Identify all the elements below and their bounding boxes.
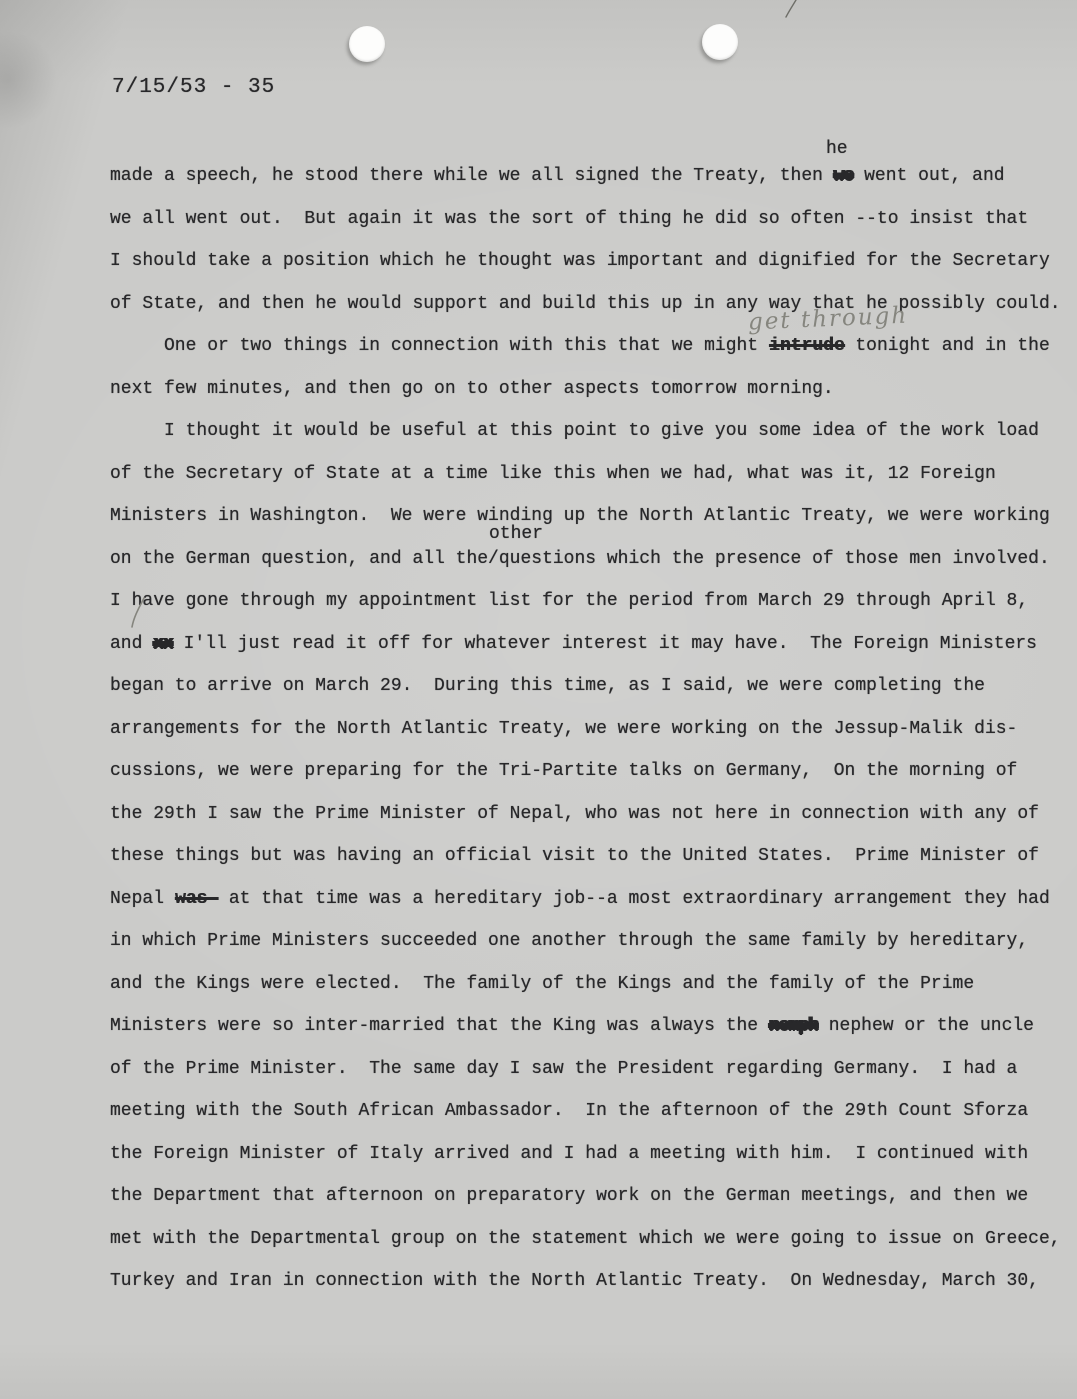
text-line: in which Prime Ministers succeeded one a… (110, 920, 1070, 963)
text-line: One or two things in connection with thi… (110, 325, 1070, 368)
struck-out-text: was- (175, 889, 218, 909)
text-segment: Ministers were so inter-married that the… (110, 1016, 769, 1036)
text-line: and the Kings were elected. The family o… (110, 963, 1070, 1006)
text-line: met with the Departmental group on the s… (110, 1218, 1070, 1261)
hole-punch-left (349, 26, 385, 62)
text-segment: at that time was a hereditary job--a mos… (218, 889, 1050, 909)
pencil-top-mark (780, 0, 802, 18)
text-segment: of State, and then he would support and … (110, 294, 1061, 314)
typed-insertion-he: he (826, 139, 848, 159)
text-segment: nephew or the uncle (818, 1016, 1034, 1036)
text-segment: Ministers in Washington. We were winding… (110, 506, 1050, 526)
text-segment: I have gone through my appointment list … (110, 591, 1028, 611)
text-line: I should take a position which he though… (110, 240, 1070, 283)
text-line: next few minutes, and then go on to othe… (110, 368, 1070, 411)
text-line: the Foreign Minister of Italy arrived an… (110, 1133, 1070, 1176)
text-line: meeting with the South African Ambassado… (110, 1090, 1070, 1133)
text-segment: Nepal (110, 889, 175, 909)
hole-punch-right (702, 24, 738, 60)
text-segment: I thought it would be useful at this poi… (110, 421, 1039, 441)
text-line: we all went out. But again it was the so… (110, 198, 1070, 241)
text-segment: next few minutes, and then go on to othe… (110, 379, 834, 399)
text-line: Ministers in Washington. We were winding… (110, 495, 1070, 538)
text-line: the 29th I saw the Prime Minister of Nep… (110, 793, 1070, 836)
text-line: of State, and then he would support and … (110, 283, 1070, 326)
text-segment: the 29th I saw the Prime Minister of Nep… (110, 804, 1039, 824)
text-segment: cussions, we were preparing for the Tri-… (110, 761, 1017, 781)
struck-out-text: nemph (769, 1016, 818, 1036)
text-segment: I should take a position which he though… (110, 251, 1050, 271)
text-segment: of the Secretary of State at a time like… (110, 464, 996, 484)
text-line: of the Prime Minister. The same day I sa… (110, 1048, 1070, 1091)
text-segment: the Department that afternoon on prepara… (110, 1186, 1028, 1206)
struck-out-text: intrude (769, 336, 845, 356)
text-segment: Turkey and Iran in connection with the N… (110, 1271, 1039, 1291)
page-date-header: 7/15/53 - 35 (112, 76, 275, 99)
text-segment: meeting with the South African Ambassado… (110, 1101, 1028, 1121)
text-segment: we all went out. But again it was the so… (110, 209, 1028, 229)
text-line: began to arrive on March 29. During this… (110, 665, 1070, 708)
text-line: of the Secretary of State at a time like… (110, 453, 1070, 496)
text-line: these things but was having an official … (110, 835, 1070, 878)
text-line: Ministers were so inter-married that the… (110, 1005, 1070, 1048)
text-segment: One or two things in connection with thi… (110, 336, 769, 356)
typed-insertion-other: other (489, 524, 543, 544)
text-segment: met with the Departmental group on the s… (110, 1229, 1061, 1249)
text-line: the Department that afternoon on prepara… (110, 1175, 1070, 1218)
text-segment: and (110, 634, 153, 654)
text-line: cussions, we were preparing for the Tri-… (110, 750, 1070, 793)
text-segment: these things but was having an official … (110, 846, 1039, 866)
text-line: Turkey and Iran in connection with the N… (110, 1260, 1070, 1303)
struck-out-text: xx (153, 634, 173, 654)
text-segment: the Foreign Minister of Italy arrived an… (110, 1144, 1028, 1164)
text-segment: made a speech, he stood there while we a… (110, 166, 834, 186)
text-segment: arrangements for the North Atlantic Trea… (110, 719, 1017, 739)
document-page: 7/15/53 - 35 made a speech, he stood the… (0, 0, 1077, 1399)
text-segment: went out, and (853, 166, 1004, 186)
text-segment: of the Prime Minister. The same day I sa… (110, 1059, 1017, 1079)
text-segment: tonight and in the (845, 336, 1050, 356)
text-body: made a speech, he stood there while we a… (110, 155, 1070, 1303)
text-line: made a speech, he stood there while we a… (110, 155, 1070, 198)
text-line: Nepal was- at that time was a hereditary… (110, 878, 1070, 921)
text-line: I thought it would be useful at this poi… (110, 410, 1070, 453)
text-segment: on the German question, and all the/ques… (110, 549, 1050, 569)
text-segment: in which Prime Ministers succeeded one a… (110, 931, 1028, 951)
text-line: I have gone through my appointment list … (110, 580, 1070, 623)
text-line: and xx I'll just read it off for whateve… (110, 623, 1070, 666)
text-segment: I'll just read it off for whatever inter… (173, 634, 1037, 654)
text-line: arrangements for the North Atlantic Trea… (110, 708, 1070, 751)
text-segment: began to arrive on March 29. During this… (110, 676, 985, 696)
text-line: on the German question, and all the/ques… (110, 538, 1070, 581)
struck-out-text: we (834, 166, 854, 186)
text-segment: and the Kings were elected. The family o… (110, 974, 974, 994)
